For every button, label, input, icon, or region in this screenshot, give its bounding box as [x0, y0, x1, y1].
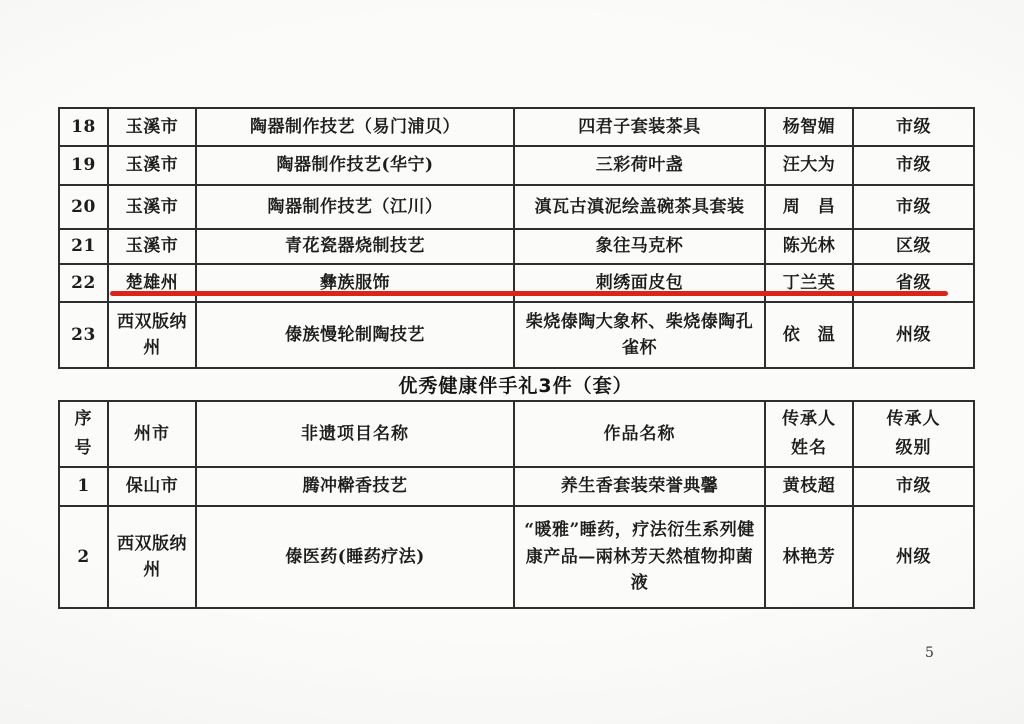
- cell-level: 州级: [853, 506, 974, 608]
- header-name: 传承人姓名: [765, 401, 853, 467]
- cell-name: 依 温: [765, 302, 853, 368]
- cell-level: 市级: [853, 146, 974, 185]
- cell-no: 23: [59, 302, 108, 368]
- table-row: 20 玉溪市 陶器制作技艺（江川） 滇瓦古滇泥绘盖碗茶具套装 周 昌 市级: [59, 185, 974, 229]
- cell-work: 象往马克杯: [514, 229, 765, 264]
- cell-no: 19: [59, 146, 108, 185]
- header-level-label: 传承人级别: [885, 405, 943, 463]
- cell-level: 市级: [853, 467, 974, 506]
- cell-work: 四君子套装茶具: [514, 108, 765, 146]
- table-row: 1 保山市 腾冲檊香技艺 养生香套装荣誉典馨 黄枝超 市级: [59, 467, 974, 506]
- cell-level: 市级: [853, 108, 974, 146]
- cell-no: 22: [59, 264, 108, 302]
- header-no-label: 序号: [72, 405, 94, 463]
- cell-level: 省级: [853, 264, 974, 302]
- table-header-row: 序号 州市 非遗项目名称 作品名称 传承人姓名 传承人级别: [59, 401, 974, 467]
- header-level: 传承人级别: [853, 401, 974, 467]
- header-work: 作品名称: [514, 401, 765, 467]
- cell-project: 陶器制作技艺（易门浦贝）: [196, 108, 514, 146]
- health-gifts-table: 序号 州市 非遗项目名称 作品名称 传承人姓名 传承人级别 1 保山市 腾冲檊香…: [58, 400, 975, 609]
- cell-project: 青花瓷器烧制技艺: [196, 229, 514, 264]
- table-row: 23 西双版纳州 傣族慢轮制陶技艺 柴烧傣陶大象杯、柴烧傣陶孔雀杯 依 温 州级: [59, 302, 974, 368]
- table-row: 2 西双版纳州 傣医药(睡药疗法) “暖雅”睡药，疗法衍生系列健康产品—兩林芳天…: [59, 506, 974, 608]
- cell-name: 杨智媚: [765, 108, 853, 146]
- section-title: 优秀健康伴手礼3件（套）: [58, 371, 973, 398]
- cell-no: 21: [59, 229, 108, 264]
- cell-work: 柴烧傣陶大象杯、柴烧傣陶孔雀杯: [514, 302, 765, 368]
- table-row-highlighted: 22 楚雄州 彝族服饰 刺绣面皮包 丁兰英 省级: [59, 264, 974, 302]
- cell-project: 陶器制作技艺(华宁): [196, 146, 514, 185]
- cell-name: 黄枝超: [765, 467, 853, 506]
- cell-project: 彝族服饰: [196, 264, 514, 302]
- cell-no: 18: [59, 108, 108, 146]
- heritage-gifts-table-continued: 18 玉溪市 陶器制作技艺（易门浦贝） 四君子套装茶具 杨智媚 市级 19 玉溪…: [58, 107, 975, 369]
- cell-no: 20: [59, 185, 108, 229]
- table-row: 21 玉溪市 青花瓷器烧制技艺 象往马克杯 陈光林 区级: [59, 229, 974, 264]
- cell-no: 2: [59, 506, 108, 608]
- page-number: 5: [925, 645, 934, 661]
- cell-city: 保山市: [108, 467, 196, 506]
- table-row: 18 玉溪市 陶器制作技艺（易门浦贝） 四君子套装茶具 杨智媚 市级: [59, 108, 974, 146]
- cell-no: 1: [59, 467, 108, 506]
- header-project: 非遗项目名称: [196, 401, 514, 467]
- cell-city: 玉溪市: [108, 229, 196, 264]
- cell-project: 腾冲檊香技艺: [196, 467, 514, 506]
- cell-project: 陶器制作技艺（江川）: [196, 185, 514, 229]
- header-city: 州市: [108, 401, 196, 467]
- cell-city: 西双版纳州: [108, 302, 196, 368]
- header-name-label: 传承人姓名: [780, 405, 838, 463]
- cell-work: “暖雅”睡药，疗法衍生系列健康产品—兩林芳天然植物抑菌液: [514, 506, 765, 608]
- cell-level: 州级: [853, 302, 974, 368]
- header-no: 序号: [59, 401, 108, 467]
- cell-work: 养生香套装荣誉典馨: [514, 467, 765, 506]
- scanned-document-page: 18 玉溪市 陶器制作技艺（易门浦贝） 四君子套装茶具 杨智媚 市级 19 玉溪…: [0, 0, 1024, 724]
- cell-work: 三彩荷叶盏: [514, 146, 765, 185]
- red-underline-annotation: [110, 291, 948, 296]
- table-row: 19 玉溪市 陶器制作技艺(华宁) 三彩荷叶盏 汪大为 市级: [59, 146, 974, 185]
- cell-city: 玉溪市: [108, 146, 196, 185]
- cell-city: 玉溪市: [108, 185, 196, 229]
- cell-city: 玉溪市: [108, 108, 196, 146]
- cell-level: 区级: [853, 229, 974, 264]
- cell-city: 西双版纳州: [108, 506, 196, 608]
- cell-work: 滇瓦古滇泥绘盖碗茶具套装: [514, 185, 765, 229]
- cell-name: 林艳芳: [765, 506, 853, 608]
- cell-name: 陈光林: [765, 229, 853, 264]
- cell-name: 汪大为: [765, 146, 853, 185]
- cell-project: 傣医药(睡药疗法): [196, 506, 514, 608]
- cell-name: 丁兰英: [765, 264, 853, 302]
- cell-name: 周 昌: [765, 185, 853, 229]
- cell-city: 楚雄州: [108, 264, 196, 302]
- cell-level: 市级: [853, 185, 974, 229]
- cell-project: 傣族慢轮制陶技艺: [196, 302, 514, 368]
- cell-work: 刺绣面皮包: [514, 264, 765, 302]
